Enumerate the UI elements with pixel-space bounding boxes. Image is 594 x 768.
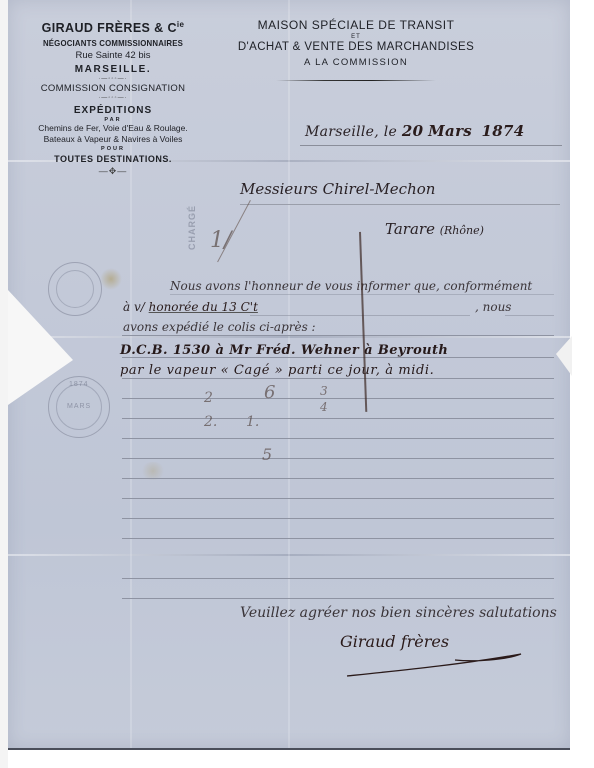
body-line-1: Nous avons l'honneur de vous informer qu… (170, 279, 532, 293)
body-line-2: à v/ honorée du 13 C't (123, 300, 258, 314)
services: COMMISSION CONSIGNATION (18, 83, 208, 94)
ornament-icon: ·—◦◦◦—· (18, 75, 208, 83)
ruled-line (122, 498, 554, 499)
street-address: Rue Sainte 42 bis (18, 50, 208, 61)
margin-note: 1/ (210, 228, 231, 253)
postmark-stamp (48, 262, 102, 316)
letterhead-right: MAISON SPÉCIALE DE TRANSIT ET D'ACHAT & … (236, 18, 476, 81)
addressee-rule (240, 204, 560, 205)
ruled-line (505, 315, 554, 316)
date-line: Marseille, le 20 Mars 1874 (305, 122, 524, 140)
transport-means-2: Bateaux à Vapeur & Navires à Voiles (18, 134, 208, 145)
margin-note: 2. (204, 414, 217, 430)
expeditions-heading: EXPÉDITIONS (18, 105, 208, 116)
letterhead-left: GIRAUD FRÈRES & Cie NÉGOCIANTS COMMISSIO… (18, 14, 208, 175)
destinations: TOUTES DESTINATIONS. (18, 154, 208, 164)
letterhead-line-1: MAISON SPÉCIALE DE TRANSIT (236, 18, 476, 32)
postmark-stamp: 1874 MARS (48, 376, 110, 438)
foxing-stain (100, 268, 122, 290)
shipment-mark-line: D.C.B. 1530 à Mr Fréd. Wehner à Beyrouth (120, 343, 448, 358)
ruled-line (122, 518, 554, 519)
ruled-line (122, 598, 554, 599)
letterhead-et: ET (236, 34, 476, 40)
body-line-3: avons expédié le colis ci-après : (123, 320, 316, 334)
ornament-icon: —✥— (18, 167, 208, 175)
date-rule (300, 145, 562, 146)
margin-note: 6 (264, 382, 275, 403)
trade-description: NÉGOCIANTS COMMISSIONNAIRES (26, 38, 201, 48)
signature: Giraud frères (340, 632, 449, 651)
addressee-town: Tarare (Rhône) (385, 220, 484, 238)
ruled-line (122, 538, 554, 539)
ruled-line (122, 398, 554, 399)
ruled-line (122, 378, 554, 379)
body-line-2-end: , nous (475, 300, 511, 314)
transport-means-1: Chemins de Fer, Voie d'Eau & Roulage. (18, 123, 208, 134)
charge-stamp: CHARGÉ (187, 205, 197, 250)
letterhead-line-3: A LA COMMISSION (236, 57, 476, 68)
closing-salutation: Veuillez agréer nos bien sincères saluta… (240, 605, 557, 621)
ruled-line (122, 478, 554, 479)
ornament-icon: ·—◦◦◦—· (18, 94, 208, 102)
city: MARSEILLE. (18, 64, 208, 75)
margin-note: 1. (246, 414, 259, 430)
addressee: Messieurs Chirel-Mechon (240, 180, 435, 198)
margin-note: 2 (204, 390, 213, 406)
ruled-line (122, 335, 554, 336)
signature-flourish (345, 650, 525, 678)
shipment-vessel-line: par le vapeur « Cagé » parti ce jour, à … (120, 363, 434, 378)
margin-note: 3 (320, 384, 328, 398)
torn-edge (556, 336, 572, 376)
ruled-line (122, 578, 554, 579)
ruled-line (122, 458, 554, 459)
firm-name: GIRAUD FRÈRES & Cie (18, 20, 208, 35)
scan-margin (0, 0, 8, 768)
margin-note: 4 (320, 400, 328, 414)
ruled-line (122, 438, 554, 439)
margin-note: 5 (262, 445, 272, 464)
ruled-line (122, 418, 554, 419)
ruled-line (250, 315, 470, 316)
letterhead-line-2: D'ACHAT & VENTE DES MARCHANDISES (236, 41, 476, 53)
pour-label: POUR (18, 146, 208, 152)
letterhead-rule (276, 80, 436, 81)
